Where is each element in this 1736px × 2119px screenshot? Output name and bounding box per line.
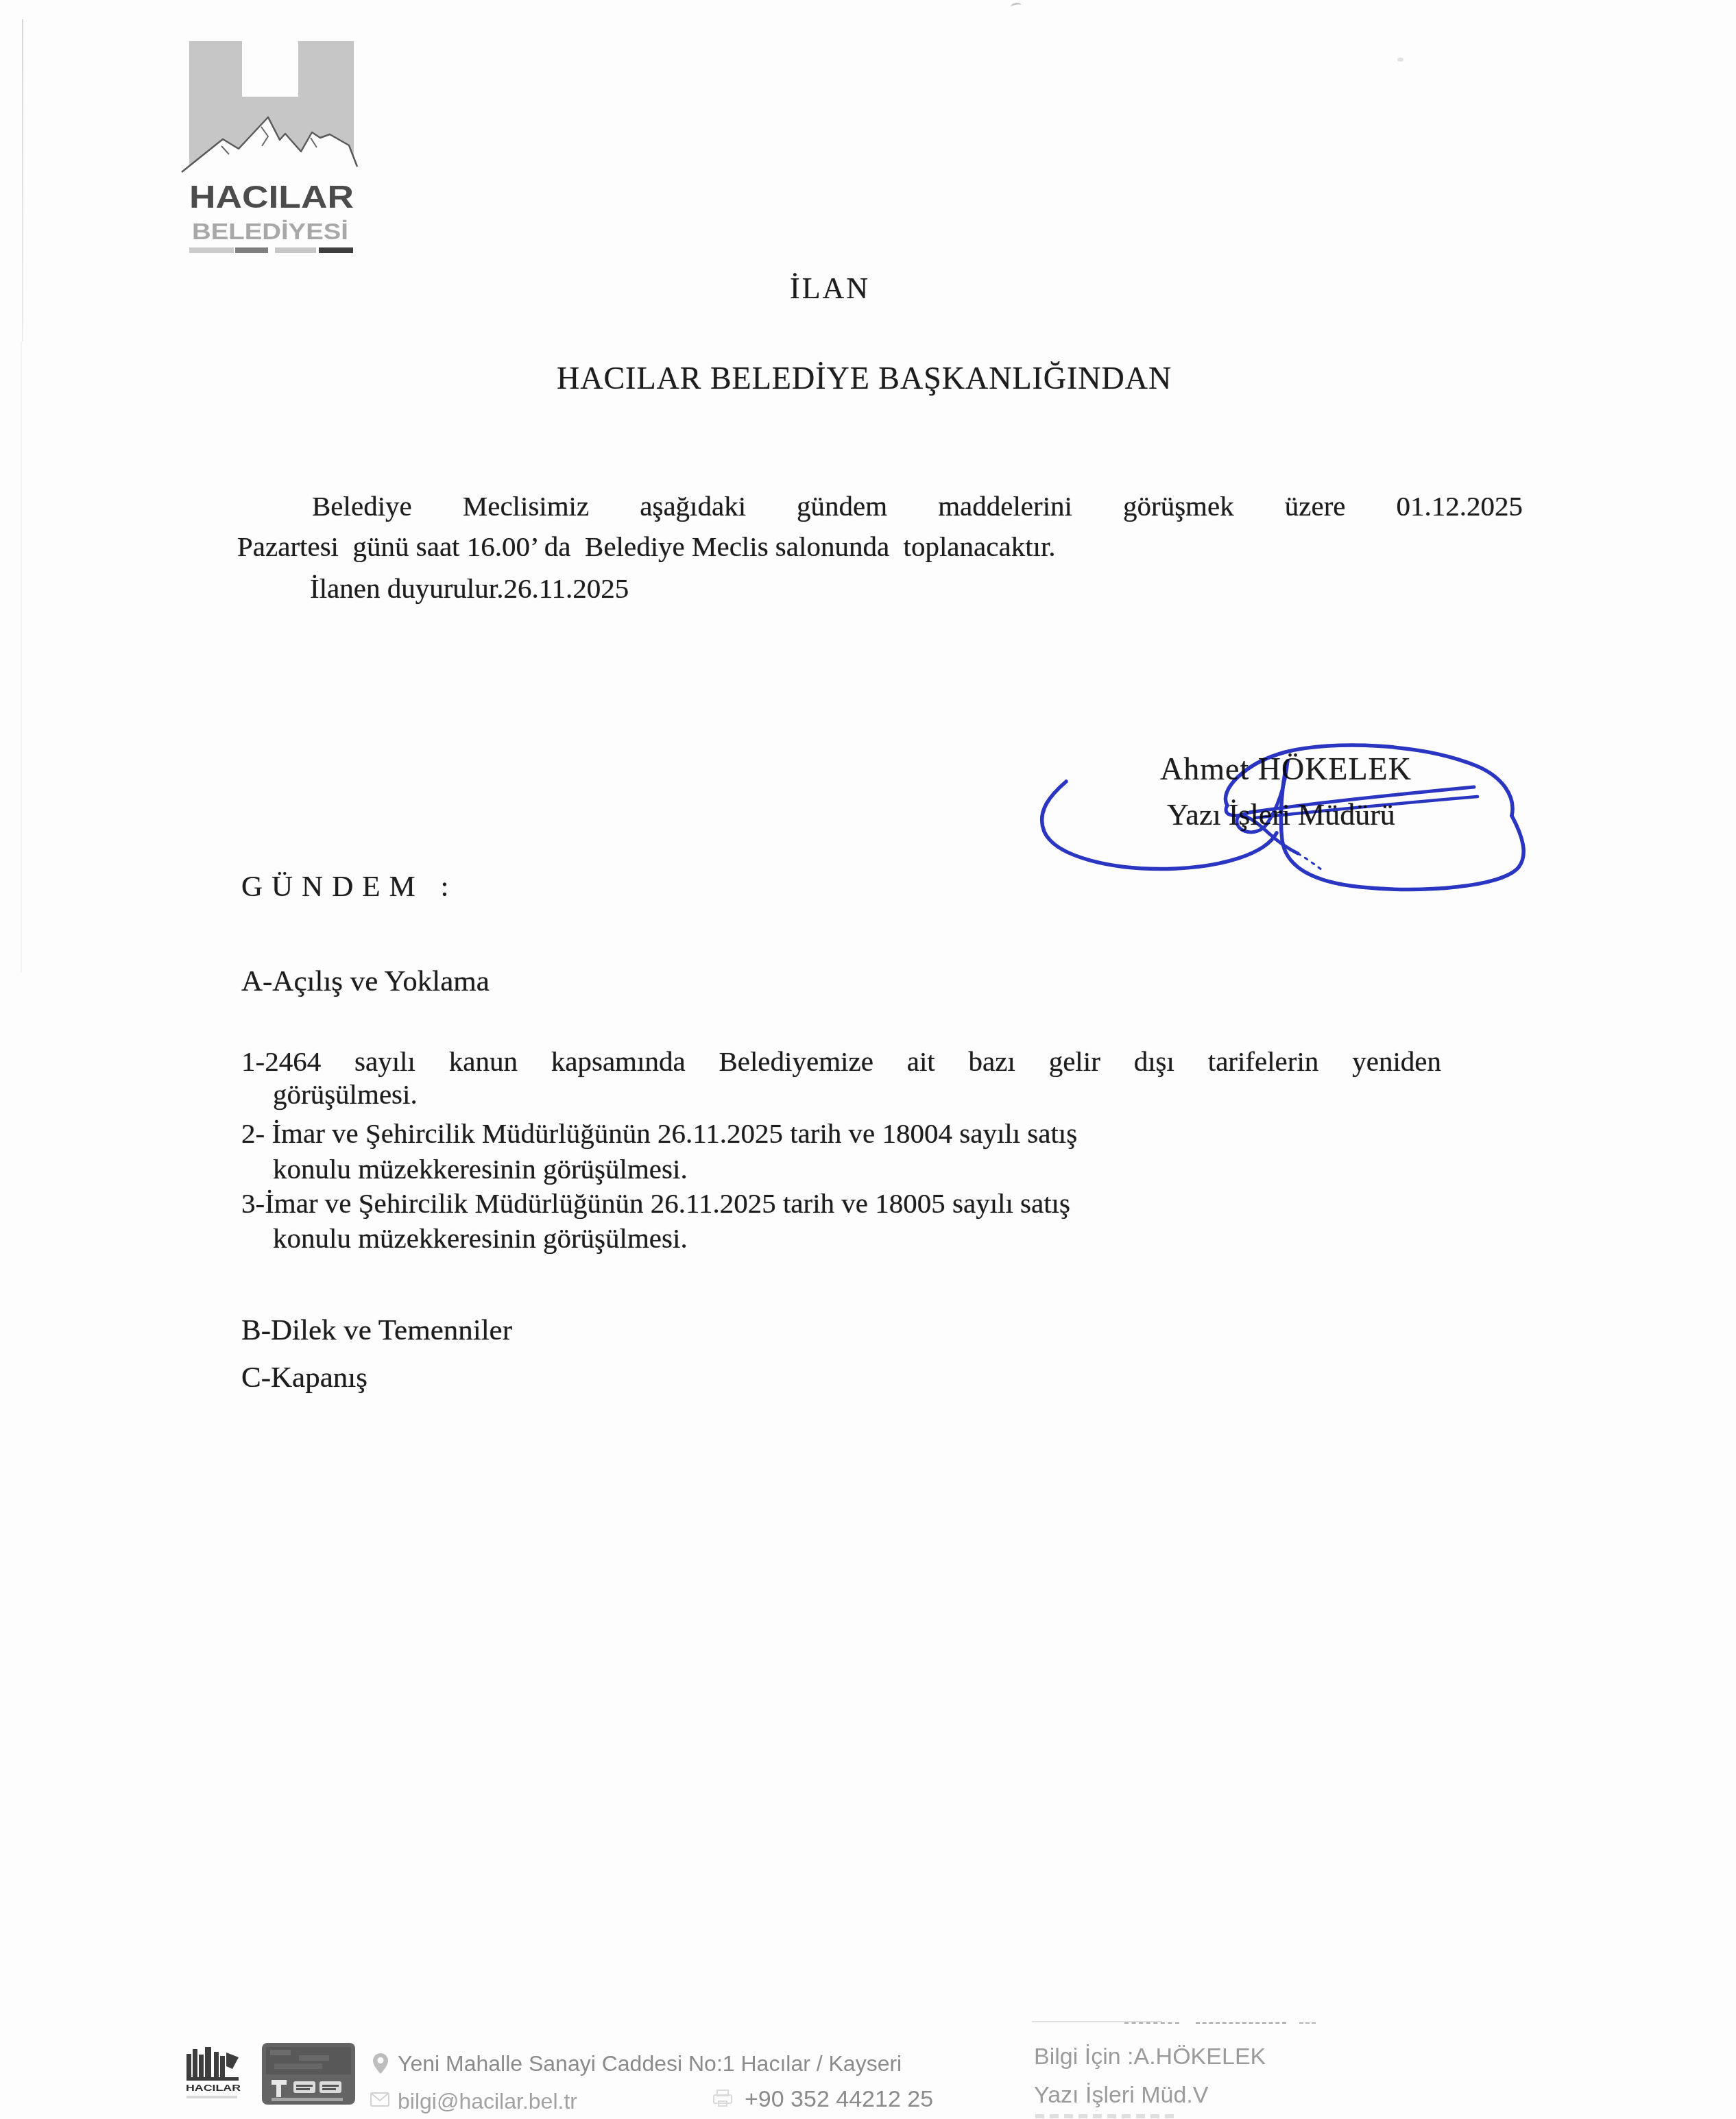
footer-contact-label: Bilgi İçin :A.HÖKELEK <box>1034 2044 1266 2070</box>
footer-address: Yeni Mahalle Sanayi Caddesi No:1 Hacılar… <box>398 2052 902 2076</box>
phone-icon <box>713 2090 732 2107</box>
footer-contact-title: Yazı İşleri Müd.V <box>1034 2083 1208 2108</box>
agenda-item-2-line-1: 2- İmar ve Şehircilik Müdürlüğünün 26.11… <box>241 1117 1077 1150</box>
footer-rule-dash-2 <box>1196 2022 1286 2024</box>
footer-email: bilgi@hacilar.bel.tr <box>398 2090 577 2114</box>
footer-phone: +90 352 44212 25 <box>745 2087 933 2112</box>
footer-hacilar-logo: HACILAR <box>184 2046 243 2105</box>
logo-name-text: HACILAR <box>189 179 354 215</box>
agenda-item-3-line-1: 3-İmar ve Şehircilik Müdürlüğünün 26.11.… <box>241 1187 1070 1220</box>
agenda-item-3-line-2: konulu müzekkeresinin görüşülmesi. <box>273 1222 688 1255</box>
agenda-item-2-line-2: konulu müzekkeresinin görüşülmesi. <box>273 1152 688 1185</box>
scan-line-left-faint <box>21 341 22 972</box>
document-subtitle: HACILAR BELEDİYE BAŞKANLIĞINDAN <box>557 360 1172 397</box>
agenda-wishes: B-Dilek ve Temenniler <box>241 1313 512 1348</box>
footer-rule-dash-3 <box>1299 2022 1316 2024</box>
scan-line-left <box>22 19 23 341</box>
envelope-icon <box>370 2092 389 2107</box>
scanned-document-page: HACILAR BELEDİYESİ İLAN HACILAR BELEDİYE… <box>0 0 1736 2119</box>
paragraph-line-2: Pazartesi günü saat 16.00’ da Belediye M… <box>237 530 1056 563</box>
scan-tick-top <box>1010 2 1022 11</box>
agenda-opening: A-Açılış ve Yoklama <box>241 965 490 1000</box>
scan-speck-top-right <box>1397 58 1403 62</box>
footer-rule-dash-1 <box>1124 2022 1179 2024</box>
footer-tbb-logo <box>261 2042 357 2106</box>
logo-subname-text: BELEDİYESİ <box>192 219 348 244</box>
municipality-logo: HACILAR BELEDİYESİ <box>180 36 360 264</box>
footer-hacilar-logo-text: HACILAR <box>186 2083 241 2093</box>
agenda-item-1-line-2: görüşülmesi. <box>273 1078 418 1111</box>
agenda-heading: GÜNDEM : <box>241 870 457 905</box>
announcement-date-line: İlanen duyurulur.26.11.2025 <box>310 572 629 605</box>
handwritten-signature <box>1039 737 1529 895</box>
location-pin-icon <box>372 2053 389 2074</box>
agenda-closing: C-Kapanış <box>241 1361 367 1396</box>
agenda-item-1-line-1: 1-2464 sayılı kanun kapsamında Belediyem… <box>241 1045 1441 1078</box>
footer-clipped-line <box>1035 2114 1176 2118</box>
document-title: İLAN <box>790 271 870 306</box>
paragraph-line-1: Belediye Meclisimiz aşağıdaki gündem mad… <box>312 489 1523 522</box>
